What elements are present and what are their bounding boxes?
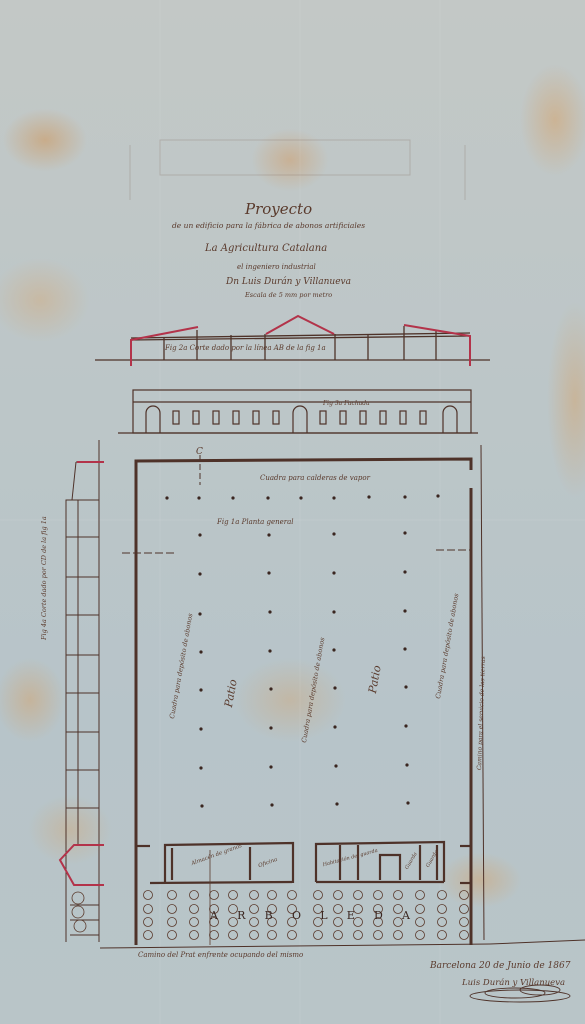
side-section-label: Fig 4a Corte dado por CD de la fig 1a — [40, 516, 48, 640]
architectural-plan-sheet: Proyecto de un edificio para la fábrica … — [0, 0, 585, 1024]
facade-label: Fig 3a Fachada — [323, 400, 370, 407]
place-date: Barcelona 20 de Junio de 1867 — [430, 961, 570, 971]
rooms — [136, 842, 471, 883]
grove-letter: E — [347, 909, 355, 922]
grove-label: A R B O L E D A — [210, 909, 410, 922]
grove-letter: O — [292, 909, 301, 922]
author-name: Dn Luis Durán y Villanueva — [226, 277, 351, 287]
road-label: Camino del Prat enfrente ocupando del mi… — [138, 951, 303, 959]
grove-letter: L — [320, 909, 327, 922]
grove-letter: R — [237, 909, 245, 922]
grove-letter: A — [402, 909, 410, 922]
scale-note: Escala de 5 mm por metro — [245, 291, 332, 299]
marker-c: C — [196, 447, 203, 457]
facade-drawing — [118, 390, 478, 433]
engineer-title: el ingeniero industrial — [237, 263, 316, 271]
drawing-linework — [0, 0, 585, 1024]
section-drawing — [95, 316, 490, 360]
plan-label: Fig 1a Planta general — [217, 518, 294, 526]
grove-letter: B — [265, 909, 273, 922]
side-section-drawing — [66, 440, 99, 942]
boiler-room-label: Cuadra para calderas de vapor — [260, 474, 370, 482]
title-subtitle: de un edificio para la fábrica de abonos… — [172, 221, 365, 230]
column-grid — [165, 494, 439, 807]
signature-name: Luis Durán y Villanueva — [462, 978, 565, 988]
section-label: Fig 2a Corte dado por la línea AB de la … — [165, 344, 326, 352]
title-heading: Proyecto — [245, 200, 312, 218]
grove-letter: D — [374, 909, 383, 922]
grove-letter: A — [210, 909, 218, 922]
company-name: La Agricultura Catalana — [205, 243, 327, 254]
